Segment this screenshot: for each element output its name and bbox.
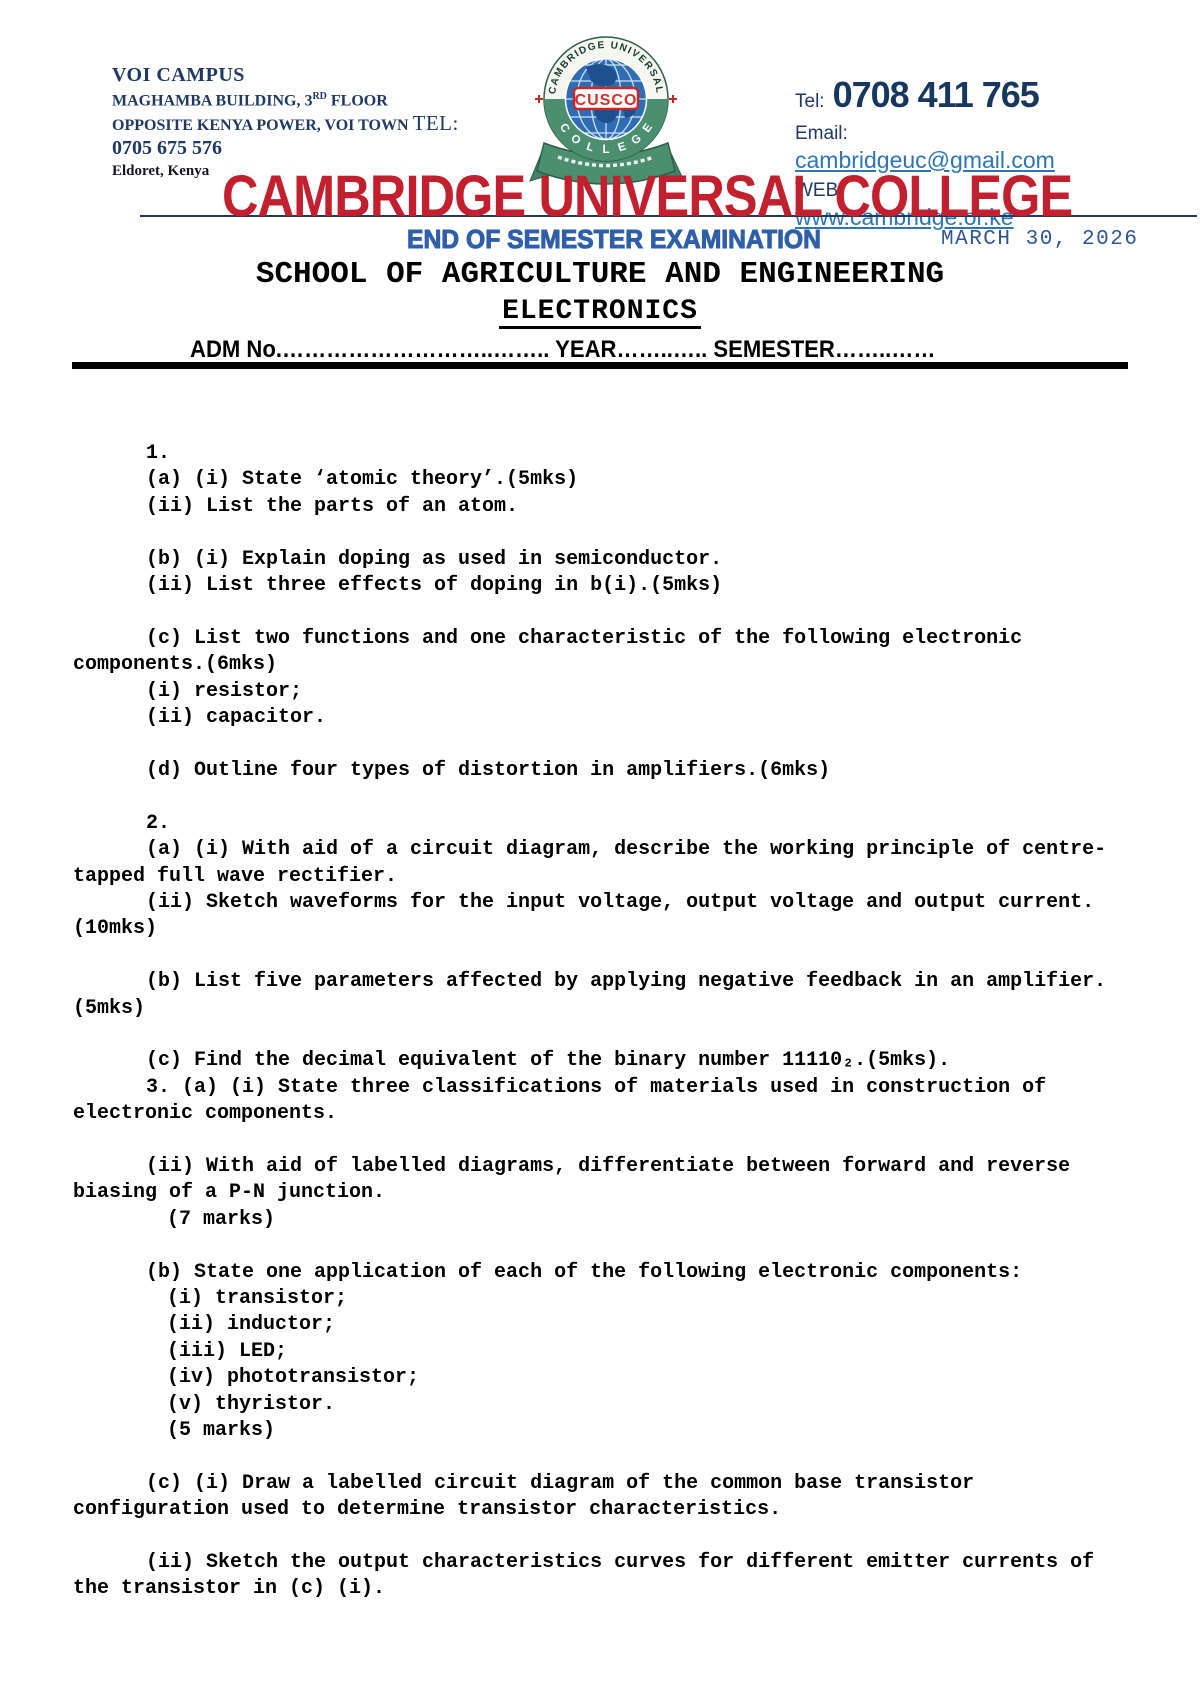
- body-line: (b) List five parameters affected by app…: [0, 969, 1200, 995]
- body-line: [0, 1444, 1200, 1470]
- body-line: the transistor in (c) (i).: [0, 1576, 1200, 1602]
- body-line: (b) (i) Explain doping as used in semico…: [0, 547, 1200, 573]
- exam-document-page: VOI CAMPUS MAGHAMBA BUILDING, 3RD FLOOR …: [0, 0, 1200, 1696]
- body-line: [0, 784, 1200, 810]
- body-line: (c) Find the decimal equivalent of the b…: [0, 1048, 1200, 1074]
- body-line: biasing of a P-N junction.: [0, 1180, 1200, 1206]
- college-title: CAMBRIDGE UNIVERSAL COLLEGE: [222, 163, 1072, 230]
- question-body: 1.(a) (i) State ‘atomic theory’.(5mks)(i…: [0, 441, 1200, 1603]
- body-line: (ii) List three effects of doping in b(i…: [0, 573, 1200, 599]
- body-line: (ii) capacitor.: [0, 705, 1200, 731]
- body-line: [0, 520, 1200, 546]
- adm-year-semester-line: ADM No.………………………..…….. YEAR……..….. SEMES…: [190, 336, 935, 364]
- campus-street: OPPOSITE KENYA POWER, VOI TOWN TEL:: [112, 112, 459, 137]
- subject-title: ELECTRONICS: [499, 299, 701, 329]
- body-line: (10mks): [0, 916, 1200, 942]
- body-line: (b) State one application of each of the…: [0, 1260, 1200, 1286]
- body-line: (i) resistor;: [0, 679, 1200, 705]
- body-line: components.(6mks): [0, 652, 1200, 678]
- body-line: (a) (i) State ‘atomic theory’.(5mks): [0, 467, 1200, 493]
- campus-phone: 0705 675 576: [112, 137, 459, 160]
- exam-date: MARCH 30, 2026: [941, 228, 1138, 251]
- subject-wrap: ELECTRONICS: [0, 299, 1200, 329]
- body-line: (iii) LED;: [0, 1339, 1200, 1365]
- campus-building: MAGHAMBA BUILDING, 3RD FLOOR: [112, 86, 459, 112]
- body-line: [0, 731, 1200, 757]
- body-line: configuration used to determine transist…: [0, 1497, 1200, 1523]
- body-line: [0, 943, 1200, 969]
- body-line: 3. (a) (i) State three classifications o…: [0, 1075, 1200, 1101]
- section-divider-rule: [72, 362, 1128, 369]
- body-line: 1.: [0, 441, 1200, 467]
- body-line: [0, 1524, 1200, 1550]
- body-line: (v) thyristor.: [0, 1392, 1200, 1418]
- body-line: tapped full wave rectifier.: [0, 864, 1200, 890]
- school-title: SCHOOL OF AGRICULTURE AND ENGINEERING: [0, 257, 1200, 292]
- ordinal-superscript: RD: [312, 91, 326, 102]
- body-line: (ii) inductor;: [0, 1312, 1200, 1338]
- body-line: (c) List two functions and one character…: [0, 626, 1200, 652]
- campus-name: VOI CAMPUS: [112, 64, 459, 86]
- tel-label: Tel:: [795, 91, 825, 113]
- body-line: (ii) List the parts of an atom.: [0, 494, 1200, 520]
- body-line: (d) Outline four types of distortion in …: [0, 758, 1200, 784]
- body-line: (i) transistor;: [0, 1286, 1200, 1312]
- body-line: [0, 1128, 1200, 1154]
- body-line: [0, 1022, 1200, 1048]
- tel-label-left: TEL:: [413, 111, 459, 135]
- body-line: [0, 1233, 1200, 1259]
- svg-text:L: L: [602, 144, 609, 156]
- logo-center-text: CUSCO: [575, 92, 638, 109]
- email-label: Email:: [795, 123, 1055, 145]
- tel-row: Tel: 0708 411 765: [795, 74, 1055, 116]
- body-line: 2.: [0, 811, 1200, 837]
- body-line: (ii) With aid of labelled diagrams, diff…: [0, 1154, 1200, 1180]
- body-line: (ii) Sketch waveforms for the input volt…: [0, 890, 1200, 916]
- body-line: (iv) phototransistor;: [0, 1365, 1200, 1391]
- body-line: (a) (i) With aid of a circuit diagram, d…: [0, 837, 1200, 863]
- tel-number: 0708 411 765: [833, 74, 1039, 116]
- body-line: (5 marks): [0, 1418, 1200, 1444]
- body-line: (c) (i) Draw a labelled circuit diagram …: [0, 1471, 1200, 1497]
- body-line: (ii) Sketch the output characteristics c…: [0, 1550, 1200, 1576]
- body-line: (7 marks): [0, 1207, 1200, 1233]
- body-line: electronic components.: [0, 1101, 1200, 1127]
- body-line: (5mks): [0, 996, 1200, 1022]
- body-line: [0, 599, 1200, 625]
